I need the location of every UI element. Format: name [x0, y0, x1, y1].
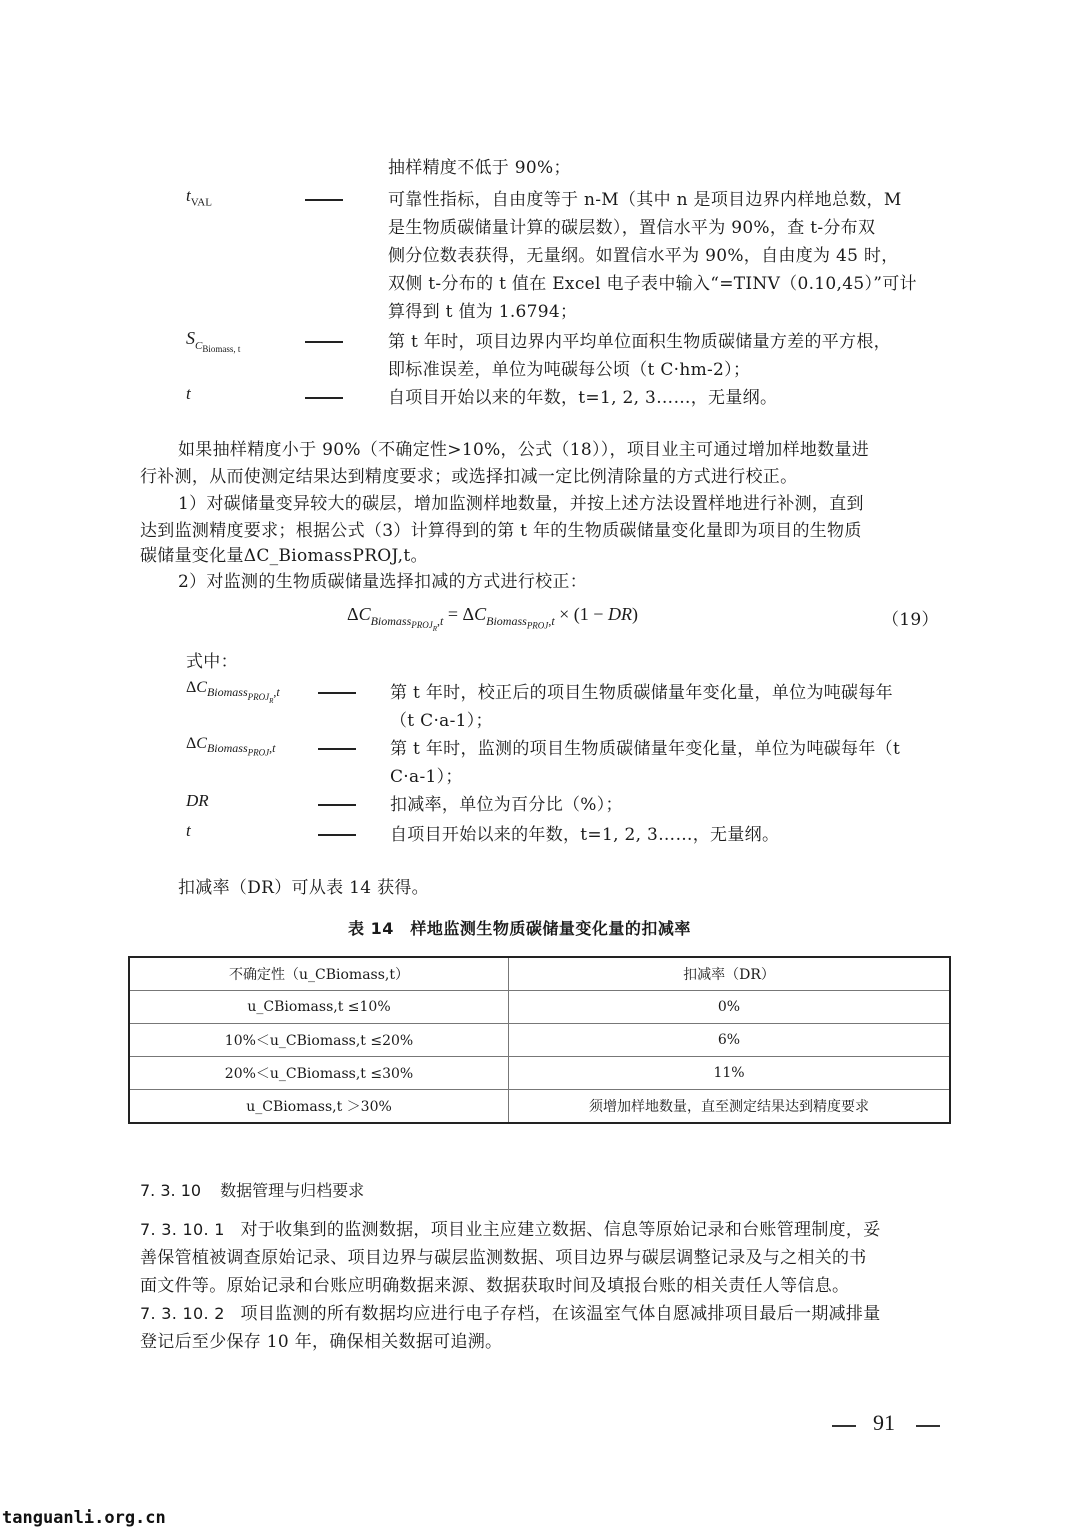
where-label: 式中：: [186, 648, 238, 676]
definition-text: 侧分位数表获得，无量纲。如置信水平为 90%，自由度为 45 时，: [388, 242, 899, 270]
paragraph-line: 如果抽样精度小于 90%（不确定性>10%，公式（18）），项目业主可通过增加样…: [178, 436, 869, 464]
table-header-row: 不确定性（u_CBiomass,t） 扣减率（DR）: [129, 957, 950, 991]
page-number-dash-left: [832, 1425, 856, 1427]
paragraph-line: 行补测，从而使测定结果达到精度要求；或选择扣减一定比例清除量的方式进行校正。: [140, 463, 797, 491]
symbol-t: t: [186, 384, 191, 404]
formula-19: ΔCBiomassPROJR,t = ΔCBiomassPROJ,t × (1 …: [347, 604, 638, 633]
clause-line: 7. 3. 10. 1 对于收集到的监测数据，项目业主应建立数据、信息等原始记录…: [140, 1216, 881, 1244]
table-row: u_CBiomass,t ≤10% 0%: [129, 991, 950, 1024]
cell-uncertainty: u_CBiomass,t ＞30%: [129, 1090, 509, 1124]
symbol-t-val: tVAL: [186, 186, 212, 208]
paragraph-line: 达到监测精度要求；根据公式（3）计算得到的第 t 年的生物质碳储量变化量即为项目…: [140, 517, 862, 545]
header-uncertainty: 不确定性（u_CBiomass,t）: [129, 957, 509, 991]
symbol-delta-c-proj: ΔCBiomassPROJ,t: [186, 735, 275, 758]
paragraph-line: 1）对碳储量变异较大的碳层，增加监测样地数量，并按上述方法设置样地进行补测，直到: [178, 490, 864, 518]
formula-number: （19）: [882, 606, 939, 634]
paragraph-line: 碳储量变化量ΔC_BiomassPROJ,t。: [140, 542, 428, 570]
table-row: 10%＜u_CBiomass,t ≤20% 6%: [129, 1024, 950, 1057]
clause-number: 7. 3. 10. 2: [140, 1304, 225, 1323]
section-heading: 7. 3. 10 数据管理与归档要求: [140, 1178, 364, 1201]
cell-dr: 0%: [509, 991, 951, 1024]
definition-text: 自项目开始以来的年数，t=1, 2, 3……，无量纲。: [388, 384, 777, 412]
cell-dr: 11%: [509, 1057, 951, 1090]
dr-note: 扣减率（DR）可从表 14 获得。: [178, 874, 429, 902]
definition-text: 自项目开始以来的年数，t=1, 2, 3……，无量纲。: [390, 821, 779, 849]
definition-dash: [318, 834, 356, 836]
clause-line: 面文件等。原始记录和台账应明确数据来源、数据获取时间及填报台账的相关责任人等信息…: [140, 1272, 849, 1300]
page-number-dash-right: [916, 1425, 940, 1427]
cell-dr: 须增加样地数量，直至测定结果达到精度要求: [509, 1090, 951, 1124]
clause-number: 7. 3. 10. 1: [140, 1220, 225, 1239]
definition-text: 第 t 年时，项目边界内平均单位面积生物质碳储量方差的平方根，: [388, 328, 891, 356]
definition-dash: [305, 397, 343, 399]
definition-text: 可靠性指标，自由度等于 n-M（其中 n 是项目边界内样地总数，M: [388, 186, 902, 214]
definition-text: 第 t 年时，监测的项目生物质碳储量年变化量，单位为吨碳每年（t: [390, 735, 900, 763]
definition-text: （t C·a-1）；: [390, 707, 493, 735]
definition-text: C·a-1）；: [390, 763, 463, 791]
cell-uncertainty: u_CBiomass,t ≤10%: [129, 991, 509, 1024]
paragraph-line: 2）对监测的生物质碳储量选择扣减的方式进行校正：: [178, 568, 587, 596]
symbol-delta-c-projr: ΔCBiomassPROJR,t: [186, 679, 280, 704]
page-number: 91: [873, 1410, 895, 1436]
table-row: u_CBiomass,t ＞30% 须增加样地数量，直至测定结果达到精度要求: [129, 1090, 950, 1124]
definition-continuation: 抽样精度不低于 90%；: [388, 154, 571, 182]
symbol-dr: DR: [186, 791, 209, 811]
section-number: 7. 3. 10: [140, 1181, 201, 1200]
section-title: 数据管理与归档要求: [220, 1181, 364, 1200]
deduction-rate-table: 不确定性（u_CBiomass,t） 扣减率（DR） u_CBiomass,t …: [128, 956, 951, 1124]
clause-line: 善保管植被调查原始记录、项目边界与碳层监测数据、项目边界与碳层调整记录及与之相关…: [140, 1244, 867, 1272]
definition-text: 第 t 年时，校正后的项目生物质碳储量年变化量，单位为吨碳每年: [390, 679, 893, 707]
cell-uncertainty: 20%＜u_CBiomass,t ≤30%: [129, 1057, 509, 1090]
table-caption: 表 14 样地监测生物质碳储量变化量的扣减率: [348, 916, 691, 939]
definition-text: 即标准误差，单位为吨碳每公顷（t C·hm-2）；: [388, 356, 750, 384]
header-dr: 扣减率（DR）: [509, 957, 951, 991]
clause-line: 7. 3. 10. 2 项目监测的所有数据均应进行电子存档，在该温室气体自愿减排…: [140, 1300, 881, 1328]
definition-dash: [305, 199, 343, 201]
definition-dash: [305, 341, 343, 343]
watermark: tanguanli.org.cn: [2, 1508, 166, 1528]
definition-text: 算得到 t 值为 1.6794；: [388, 298, 577, 326]
definition-dash: [318, 804, 356, 806]
definition-text: 是生物质碳储量计算的碳层数），置信水平为 90%，查 t-分布双: [388, 214, 875, 242]
symbol-t: t: [186, 821, 191, 841]
cell-uncertainty: 10%＜u_CBiomass,t ≤20%: [129, 1024, 509, 1057]
definition-dash: [318, 692, 356, 694]
clause-line: 登记后至少保存 10 年，确保相关数据可追溯。: [140, 1328, 502, 1356]
table-row: 20%＜u_CBiomass,t ≤30% 11%: [129, 1057, 950, 1090]
definition-text: 扣减率，单位为百分比（%）；: [390, 791, 623, 819]
cell-dr: 6%: [509, 1024, 951, 1057]
definition-text: 双侧 t-分布的 t 值在 Excel 电子表中输入“=TINV（0.10,45…: [388, 270, 917, 298]
symbol-s-cbiomass: SCBiomass, t: [186, 328, 240, 354]
definition-dash: [318, 748, 356, 750]
